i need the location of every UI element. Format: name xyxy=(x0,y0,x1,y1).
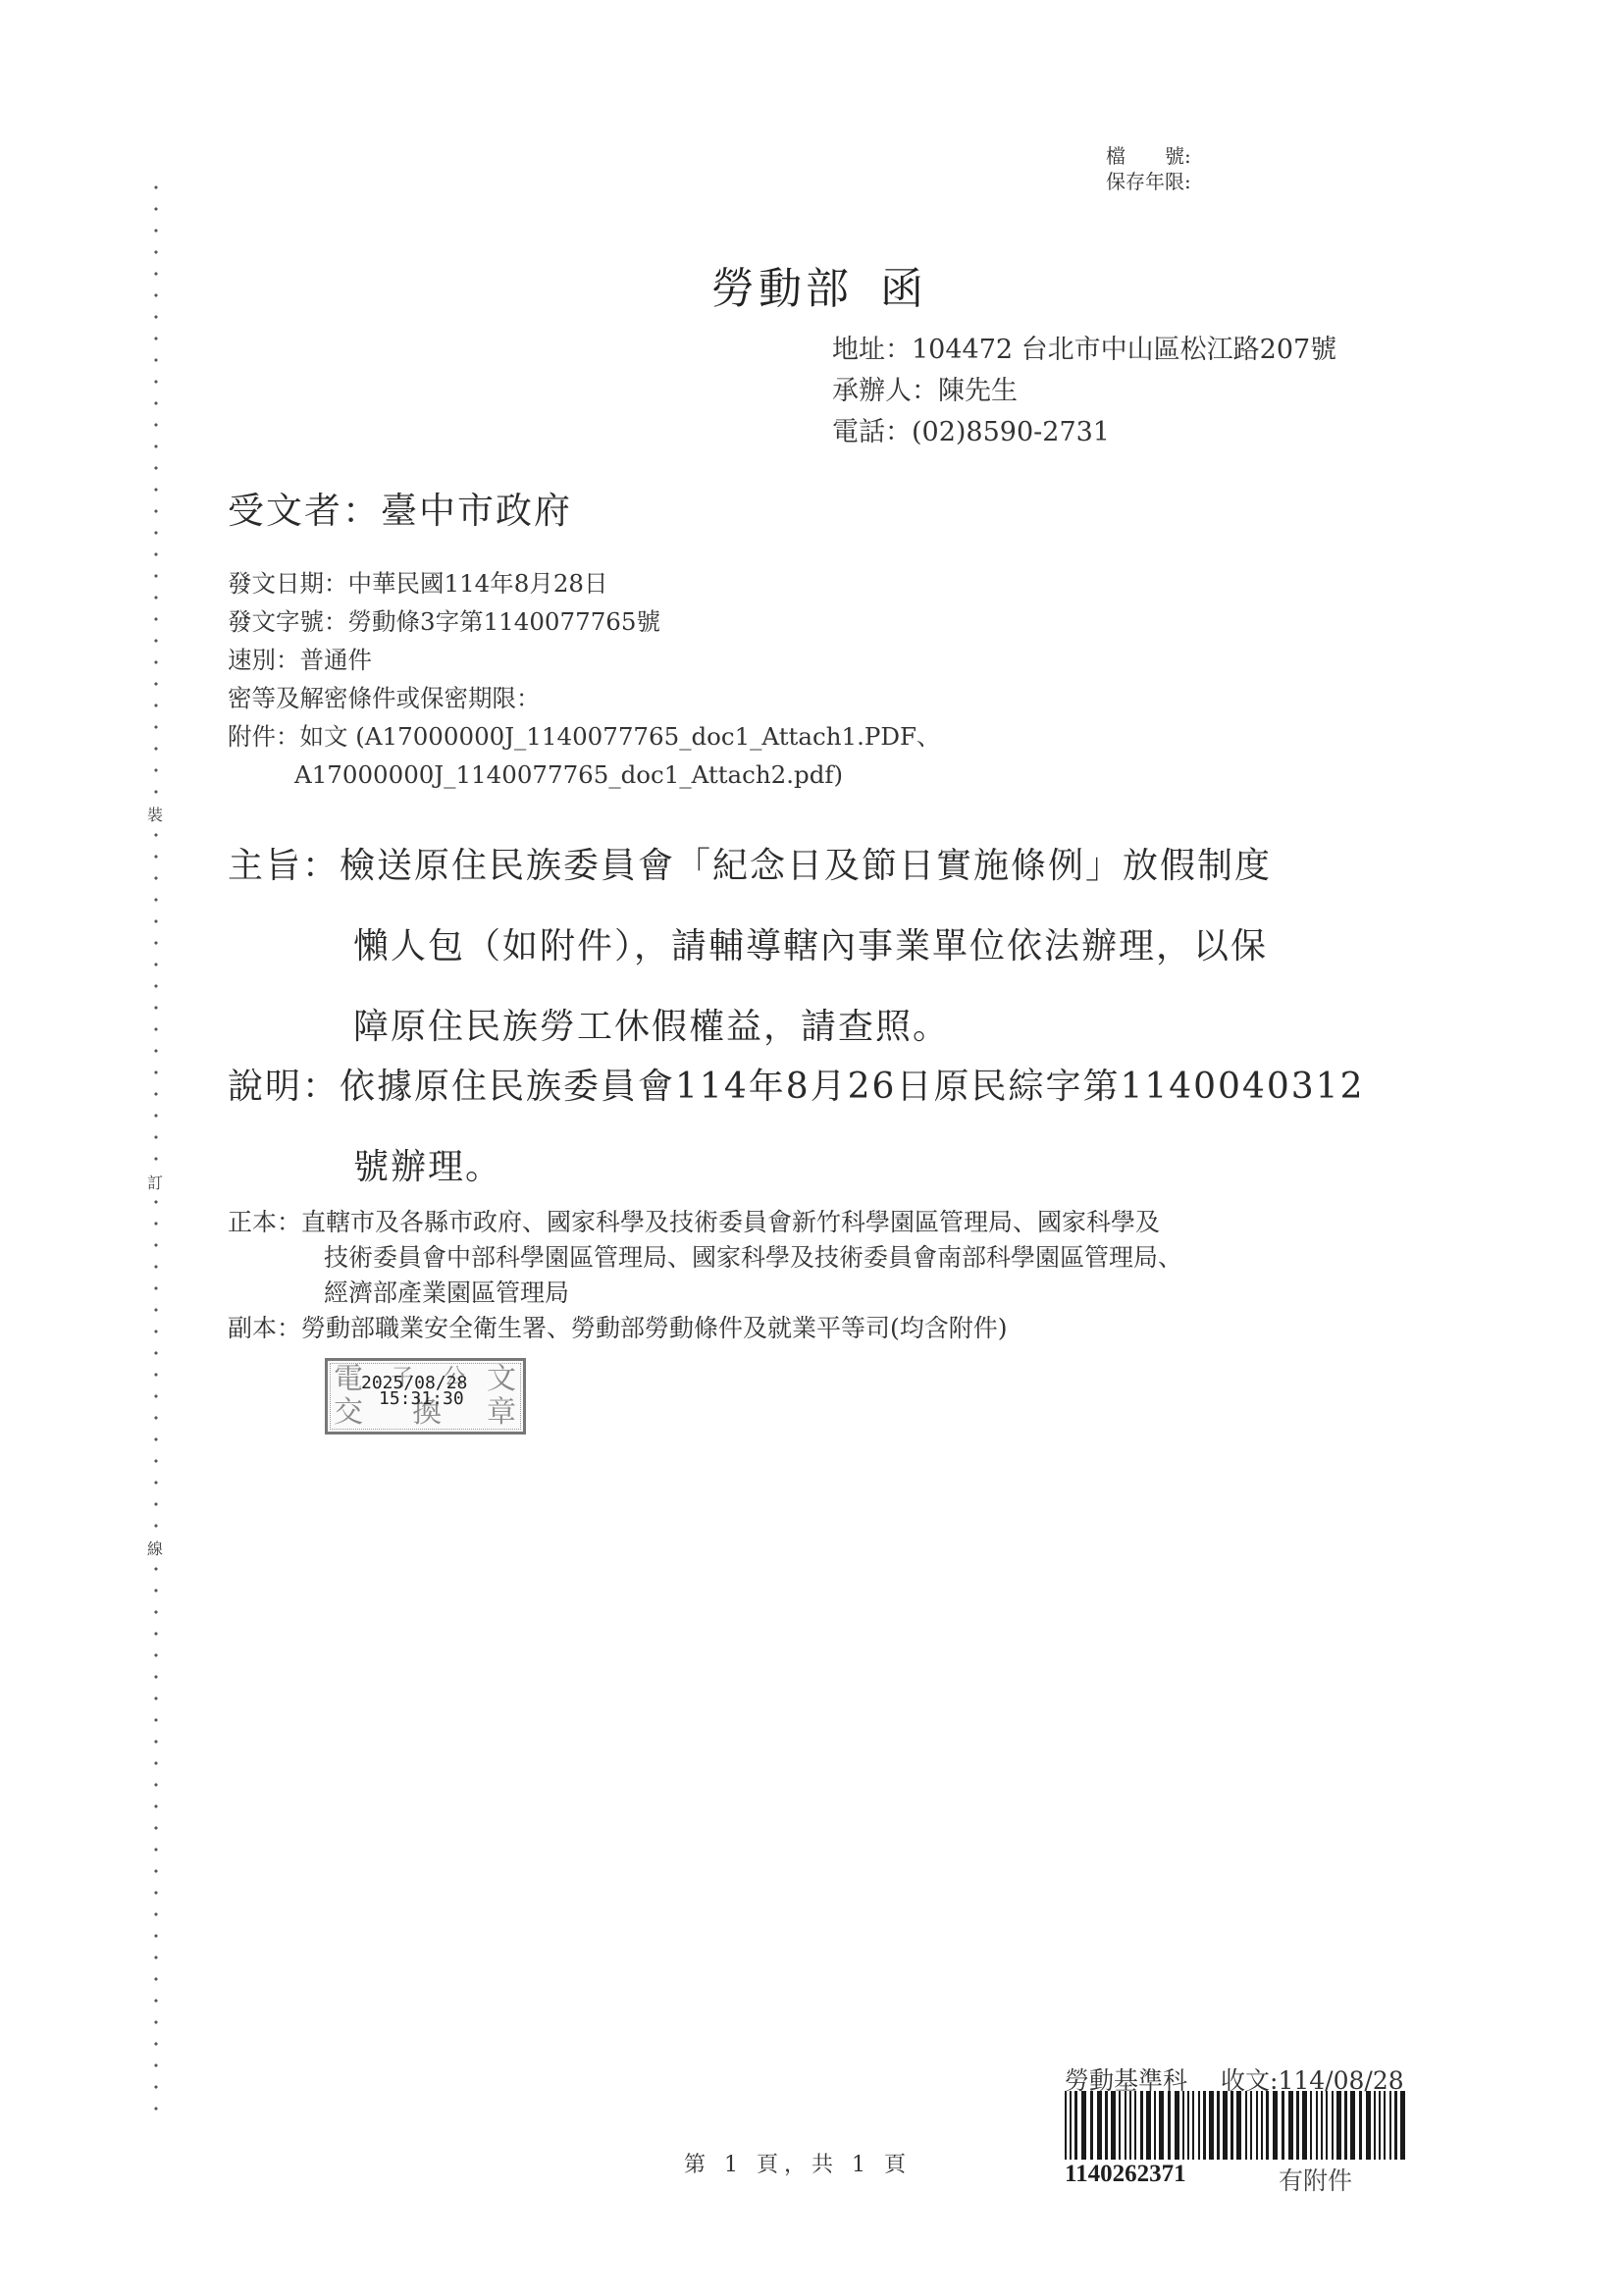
file-meta: 檔 號: 保存年限: xyxy=(1106,143,1227,194)
copy-recipients: 勞動部職業安全衛生署、勞動部勞動條件及就業平等司(均含附件) xyxy=(301,1314,1008,1342)
file-number-label: 檔 號: xyxy=(1106,143,1227,169)
binding-label-xian: 線 xyxy=(147,1539,163,1560)
attachment-flag: 有附件 xyxy=(1279,2162,1352,2197)
distribution-section: 正本：直轄市及各縣市政府、國家科學及技術委員會新竹科學園區管理局、國家科學及 技… xyxy=(228,1205,1182,1346)
stamp-char: 文 xyxy=(487,1365,516,1394)
attachments-line-2: A17000000J_1140077765_doc1_Attach2.pdf) xyxy=(228,756,941,794)
subject-line-2: 懶人包（如附件），請輔導轄內事業單位依法辦理，以保 xyxy=(228,907,1272,987)
issuer-name: 勞動部 xyxy=(711,264,853,314)
electronic-exchange-stamp: 電 子 公 文 交 換 章 2025/08/28 15:31:30 xyxy=(325,1358,526,1435)
binding-label-zhuang: 裝 xyxy=(147,805,163,826)
classification: 密等及解密條件或保密期限： xyxy=(228,679,941,717)
document-type: 函 xyxy=(880,264,927,314)
contact-block: 地址：104472 台北市中山區松江路207號 承辦人：陳先生 電話：(02)8… xyxy=(832,330,1336,453)
copy-recipients-label: 副本： xyxy=(228,1314,301,1342)
retention-period-label: 保存年限: xyxy=(1106,169,1227,194)
binding-dotted-line xyxy=(154,177,158,2124)
subject-line-1: 檢送原住民族委員會「紀念日及節日實施條例」放假制度 xyxy=(340,846,1272,886)
explanation-line-1: 依據原住民族委員會114年8月26日原民綜字第1140040312 xyxy=(340,1067,1364,1107)
explanation-line-2: 號辦理。 xyxy=(228,1127,1365,1208)
stamp-char: 章 xyxy=(487,1398,516,1428)
barcode-number: 1140262371 xyxy=(1065,2161,1186,2188)
attachments-line-1: 附件：如文 (A17000000J_1140077765_doc1_Attach… xyxy=(228,717,941,756)
issue-date: 發文日期：中華民國114年8月28日 xyxy=(228,564,941,602)
primary-recipients-label: 正本： xyxy=(228,1208,301,1236)
primary-recipients-line-2: 技術委員會中部科學園區管理局、國家科學及技術委員會南部科學園區管理局、 xyxy=(228,1240,1182,1276)
stamp-char: 電 xyxy=(334,1365,363,1394)
barcode xyxy=(1065,2091,1408,2160)
stamp-char: 交 xyxy=(334,1398,363,1428)
explanation-section: 說明：依據原住民族委員會114年8月26日原民綜字第1140040312 號辦理… xyxy=(228,1047,1365,1208)
priority: 速別：普通件 xyxy=(228,641,941,679)
primary-recipients-line-1: 直轄市及各縣市政府、國家科學及技術委員會新竹科學園區管理局、國家科學及 xyxy=(301,1208,1160,1236)
page-indicator: 第 1 頁，共 1 頁 xyxy=(684,2148,912,2178)
phone: 電話：(02)8590-2731 xyxy=(832,412,1336,453)
subject-section: 主旨：檢送原住民族委員會「紀念日及節日實施條例」放假制度 懶人包（如附件），請輔… xyxy=(228,826,1272,1068)
handler: 承辦人：陳先生 xyxy=(832,371,1336,412)
explanation-label: 說明： xyxy=(228,1047,340,1127)
document-number: 發文字號：勞動條3字第1140077765號 xyxy=(228,602,941,641)
document-meta: 發文日期：中華民國114年8月28日 發文字號：勞動條3字第1140077765… xyxy=(228,564,941,794)
binding-label-ding: 訂 xyxy=(147,1173,163,1194)
subject-label: 主旨： xyxy=(228,826,340,907)
primary-recipients-line-3: 經濟部產業園區管理局 xyxy=(228,1276,1182,1311)
stamp-time: 15:31:30 xyxy=(379,1390,464,1408)
address: 地址：104472 台北市中山區松江路207號 xyxy=(832,330,1336,371)
document-title: 勞動部函 xyxy=(711,253,927,316)
recipient: 受文者：臺中市政府 xyxy=(228,481,572,534)
